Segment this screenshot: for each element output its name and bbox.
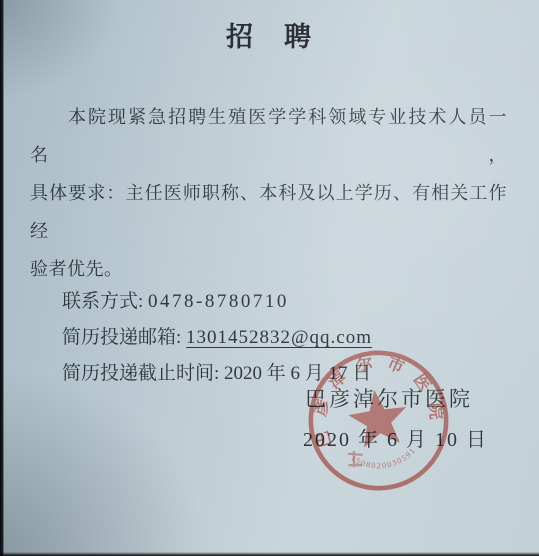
contact-label: 联系方式: — [62, 291, 143, 312]
recruitment-notice-photo: 招 聘 本院现紧急招聘生殖医学学科领域专业技术人员一名， 具体要求：主任医师职称… — [0, 0, 539, 556]
body-line: 具体要求：主任医师职称、本科及以上学历、有相关工作经 — [30, 174, 507, 250]
page-title: 招 聘 — [0, 0, 539, 54]
seal-star-icon — [345, 386, 411, 449]
notice-body: 本院现紧急招聘生殖医学学科领域专业技术人员一名， 具体要求：主任医师职称、本科及… — [30, 98, 507, 288]
svg-text:1508020030591: 1508020030591 — [348, 445, 420, 475]
body-line: 验者优先。 — [30, 250, 507, 288]
photo-edge-bottom — [0, 552, 539, 556]
email-label: 简历投递邮箱: — [62, 327, 181, 348]
photo-edge-left — [0, 0, 4, 556]
official-seal: 巴彦淖尔市医院 1508020030591 — [263, 305, 495, 537]
deadline-label: 简历投递截止时间: — [62, 363, 219, 384]
body-line: 本院现紧急招聘生殖医学学科领域专业技术人员一名， — [30, 98, 507, 174]
phone-number: 0478-8780710 — [148, 291, 289, 312]
seal-code-text: 1508020030591 — [348, 445, 420, 475]
